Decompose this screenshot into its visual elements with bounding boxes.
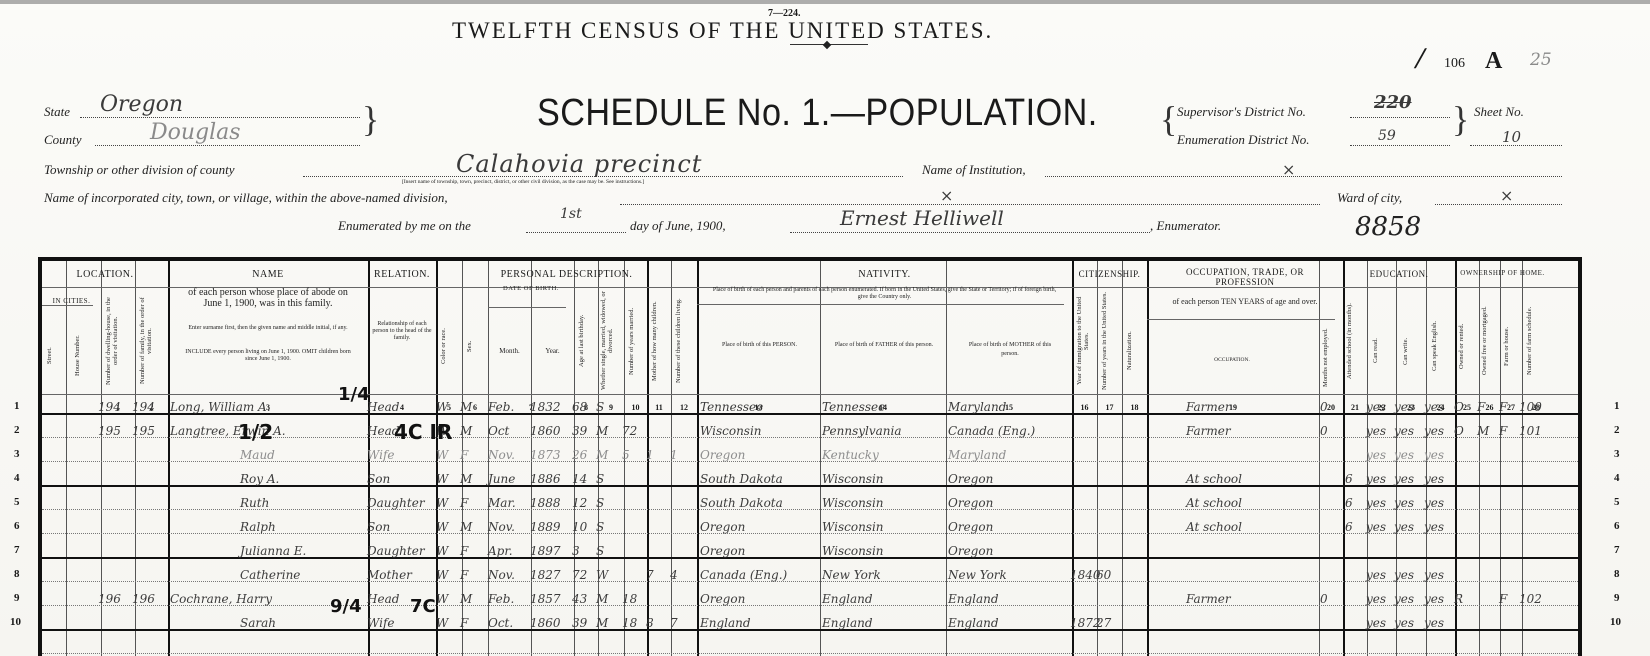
colnum: 16 xyxy=(1072,403,1097,412)
line-number-left: 6 xyxy=(14,520,20,532)
col-can-speak: Can speak English. xyxy=(1431,301,1449,391)
cell-family: 196 xyxy=(132,592,162,606)
cell-read: yes xyxy=(1366,592,1394,606)
cell-marital: S xyxy=(596,544,620,558)
cell-birth-father: Wisconsin xyxy=(822,472,946,486)
cell-write: yes xyxy=(1394,424,1424,438)
col-attended-school: Attended school (in months). xyxy=(1346,291,1364,391)
district-brace-right: } xyxy=(1452,98,1469,140)
city-line xyxy=(620,204,1320,205)
cell-write: yes xyxy=(1394,568,1424,582)
cell-year: 1832 xyxy=(530,400,572,414)
cell-occupation: At school xyxy=(1186,520,1326,534)
ward-value: × xyxy=(1500,186,1513,205)
cell-dwelling: 195 xyxy=(98,424,128,438)
cell-birth-mother: Oregon xyxy=(948,544,1072,558)
cell-read: yes xyxy=(1366,496,1394,510)
enumerator-line xyxy=(790,232,1150,233)
col-line xyxy=(697,261,699,656)
cell-write: yes xyxy=(1394,496,1424,510)
page-stamp-number: 106 xyxy=(1444,56,1465,72)
cell-years-married: 18 xyxy=(622,616,642,630)
city-value: × xyxy=(940,186,953,205)
cell-birth-father: England xyxy=(822,616,946,630)
cell-birth-person: Oregon xyxy=(700,520,820,534)
cell-relation: Daughter xyxy=(367,496,432,510)
col-can-write: Can write. xyxy=(1402,311,1420,391)
col-line xyxy=(820,261,821,656)
col-marital: Whether single, married, widowed, or div… xyxy=(600,291,622,391)
cell-age: 14 xyxy=(572,472,594,486)
cell-year: 1897 xyxy=(530,544,572,558)
cell-birth-father: Wisconsin xyxy=(822,520,946,534)
cell-relation: Mother xyxy=(367,568,432,582)
cell-read: yes xyxy=(1366,472,1394,486)
line-number-left: 10 xyxy=(10,616,21,628)
col-naturalization: Naturalization. xyxy=(1126,311,1144,391)
occupation-rule xyxy=(1147,319,1335,320)
colnum: 10 xyxy=(624,403,647,412)
enumeration-label: Enumeration District No. xyxy=(1177,132,1310,148)
nativity-rule xyxy=(697,304,1064,305)
line-number-left: 1 xyxy=(14,400,20,412)
cell-marital: M xyxy=(596,592,620,606)
col-line xyxy=(1147,261,1149,656)
ink-mark-row9: 9/4 xyxy=(330,596,362,617)
sheet-label: Sheet No. xyxy=(1474,104,1524,120)
cell-relation: Wife xyxy=(367,616,432,630)
cell-marital: S xyxy=(596,520,620,534)
cell-color: W xyxy=(436,592,458,606)
cell-years-married: 72 xyxy=(622,424,642,438)
enumerator-mark: 8858 xyxy=(1355,212,1421,242)
cell-speak: yes xyxy=(1424,424,1452,438)
cell-read: yes xyxy=(1366,520,1394,534)
line-number-right: 3 xyxy=(1614,448,1620,460)
cell-marital: M xyxy=(596,424,620,438)
enumerator-name: Ernest Helliwell xyxy=(840,206,1004,230)
cell-marital: S xyxy=(596,400,620,414)
cell-mother-of: 1 xyxy=(646,448,666,462)
cell-name: Maud xyxy=(170,448,360,462)
cell-marital: W xyxy=(596,568,620,582)
col-years-married: Number of years married. xyxy=(628,291,646,391)
cell-age: 26 xyxy=(572,448,594,462)
cell-month: Oct. xyxy=(488,616,530,630)
col-can-read: Can read. xyxy=(1372,311,1390,391)
cell-month: Nov. xyxy=(488,448,530,462)
cell-read: yes xyxy=(1366,424,1394,438)
cell-relation: Son xyxy=(367,472,432,486)
cell-sex: F xyxy=(460,568,482,582)
col-months-unemployed: Months not employed. xyxy=(1322,323,1340,393)
cell-color: W xyxy=(436,544,458,558)
cell-name: Julianna E. xyxy=(170,544,360,558)
line-number-right: 5 xyxy=(1614,496,1620,508)
nativity-description: Place of birth of each person and parent… xyxy=(707,287,1062,301)
line-number-right: 2 xyxy=(1614,424,1620,436)
col-family-number: Number of family, in the order of visita… xyxy=(139,291,165,391)
cell-read: yes xyxy=(1366,400,1394,414)
cell-schedule: 102 xyxy=(1519,592,1547,606)
cell-farm: F xyxy=(1499,424,1519,438)
cell-name: Ruth xyxy=(170,496,360,510)
line-number-left: 3 xyxy=(14,448,20,460)
cell-farm: F xyxy=(1499,592,1519,606)
col-line xyxy=(1122,261,1123,656)
cell-birth-mother: Oregon xyxy=(948,520,1072,534)
name-instruction-1: Enter surname first, then the given name… xyxy=(182,325,354,332)
group-location: LOCATION. xyxy=(42,269,168,280)
ink-mark-relation-row2: 4C IR xyxy=(394,420,452,444)
cell-unemployed: 0 xyxy=(1320,400,1340,414)
line-number-left: 8 xyxy=(14,568,20,580)
line-number-right: 10 xyxy=(1610,616,1621,628)
cell-years-us: 60 xyxy=(1096,568,1118,582)
col-farm-schedule: Number of farm schedule. xyxy=(1526,291,1548,391)
county-value: Douglas xyxy=(150,120,241,145)
state-line xyxy=(80,117,360,118)
group-relation: RELATION. xyxy=(368,269,436,280)
cell-age: 43 xyxy=(572,592,594,606)
line-number-left: 9 xyxy=(14,592,20,604)
cell-write: yes xyxy=(1394,400,1424,414)
cell-speak: yes xyxy=(1424,448,1452,462)
cell-year: 1888 xyxy=(530,496,572,510)
census-title: TWELFTH CENSUS OF THE UNITED STATES. xyxy=(452,18,993,44)
cell-age: 68 xyxy=(572,400,594,414)
cell-sex: F xyxy=(460,616,482,630)
cell-birth-father: Wisconsin xyxy=(822,544,946,558)
relation-description: Relationship of each person to the head … xyxy=(370,321,434,342)
supervisor-value: 220 xyxy=(1374,92,1412,113)
cell-name: Long, William A. xyxy=(170,400,360,414)
cell-birth-father: Tennessee xyxy=(822,400,946,414)
cell-dwelling: 194 xyxy=(98,400,128,414)
cell-marital: M xyxy=(596,448,620,462)
cell-birth-father: Kentucky xyxy=(822,448,946,462)
cell-sex: F xyxy=(460,544,482,558)
name-instruction-2: INCLUDE every person living on June 1, 1… xyxy=(182,349,354,363)
col-birth-person: Place of birth of this PERSON. xyxy=(712,341,807,350)
cell-speak: yes xyxy=(1424,568,1452,582)
group-education: EDUCATION. xyxy=(1343,269,1455,279)
col-immigration-year: Year of immigration to the United States… xyxy=(1076,291,1094,391)
cell-sex: M xyxy=(460,424,482,438)
header-rule xyxy=(42,394,1578,395)
enumerated-day: 1st xyxy=(560,206,582,222)
cell-occupation: Farmer xyxy=(1186,400,1326,414)
line-number-left: 4 xyxy=(14,472,20,484)
cell-birth-mother: England xyxy=(948,616,1072,630)
cell-birth-person: Canada (Eng.) xyxy=(700,568,820,582)
cell-write: yes xyxy=(1394,616,1424,630)
line-number-left: 5 xyxy=(14,496,20,508)
group-personal-description: PERSONAL DESCRIPTION. xyxy=(436,269,697,280)
cell-school: 6 xyxy=(1345,472,1365,486)
colnum: 18 xyxy=(1122,403,1147,412)
col-month: Month. xyxy=(488,347,531,356)
cell-read: yes xyxy=(1366,616,1394,630)
township-note: [Insert name of township, town, precinct… xyxy=(402,179,644,185)
colnum: 21 xyxy=(1343,403,1367,412)
cell-immig: 1840 xyxy=(1070,568,1096,582)
ink-mark-relation-row9: 7C xyxy=(410,596,436,617)
cell-birth-person: Oregon xyxy=(700,592,820,606)
cell-marital: M xyxy=(596,616,620,630)
cell-birth-father: Wisconsin xyxy=(822,496,946,510)
col-farm-house: Farm or house. xyxy=(1503,301,1521,391)
cell-month: Nov. xyxy=(488,520,530,534)
colnum: 12 xyxy=(671,403,697,412)
col-year: Year. xyxy=(531,347,574,356)
cell-write: yes xyxy=(1394,592,1424,606)
cell-write: yes xyxy=(1394,472,1424,486)
cell-relation: Daughter xyxy=(367,544,432,558)
cell-name: Sarah xyxy=(170,616,360,630)
county-line xyxy=(95,145,360,146)
group-ownership: OWNERSHIP OF HOME. xyxy=(1455,269,1550,277)
group-name: NAME xyxy=(168,269,368,280)
cell-birth-person: South Dakota xyxy=(700,496,820,510)
group-occupation: OCCUPATION, TRADE, OR PROFESSION xyxy=(1147,267,1343,287)
col-age: Age at last birthday. xyxy=(578,291,596,391)
cell-mother-of: 7 xyxy=(646,568,666,582)
cell-year: 1889 xyxy=(530,520,572,534)
cell-write: yes xyxy=(1394,520,1424,534)
page-stamp-letter: A xyxy=(1485,48,1502,75)
cell-birth-mother: Maryland xyxy=(948,400,1072,414)
line-number-left: 7 xyxy=(14,544,20,556)
enumerator-label: , Enumerator. xyxy=(1150,218,1221,234)
col-line xyxy=(1479,261,1480,656)
enumeration-line xyxy=(1350,145,1450,146)
dob-heading: DATE OF BIRTH. xyxy=(488,285,574,292)
line-number-right: 1 xyxy=(1614,400,1620,412)
census-page: 7—224. TWELFTH CENSUS OF THE UNITED STAT… xyxy=(0,0,1650,656)
cell-year: 1886 xyxy=(530,472,572,486)
cell-unemployed: 0 xyxy=(1320,592,1340,606)
cell-marital: S xyxy=(596,472,620,486)
cell-living: 1 xyxy=(670,448,690,462)
col-color: Color or race. xyxy=(440,301,458,391)
cell-sex: F xyxy=(460,448,482,462)
cell-living: 7 xyxy=(670,616,690,630)
cell-relation: Head xyxy=(367,400,432,414)
cell-year: 1857 xyxy=(530,592,572,606)
col-sex: Sex. xyxy=(466,301,484,391)
col-birth-father: Place of birth of FATHER of this person. xyxy=(834,341,934,350)
cell-immig: 1872 xyxy=(1070,616,1096,630)
line-number-right: 6 xyxy=(1614,520,1620,532)
township-label: Township or other division of county xyxy=(44,162,235,178)
col-years-in-us: Number of years in the United States. xyxy=(1101,291,1119,391)
cell-years-us: 27 xyxy=(1096,616,1118,630)
cell-birth-mother: Oregon xyxy=(948,496,1072,510)
cell-age: 3 xyxy=(572,544,594,558)
col-line xyxy=(1097,261,1098,656)
cell-month: June xyxy=(488,472,530,486)
supervisor-label: Supervisor's District No. xyxy=(1177,104,1306,120)
ward-label: Ward of city, xyxy=(1337,190,1402,206)
line-number-right: 7 xyxy=(1614,544,1620,556)
cell-year: 1860 xyxy=(530,616,572,630)
cell-read: yes xyxy=(1366,448,1394,462)
cell-speak: yes xyxy=(1424,496,1452,510)
cell-mother-of: 8 xyxy=(646,616,666,630)
state-label: State xyxy=(44,104,70,120)
group-nativity: NATIVITY. xyxy=(697,269,1072,280)
dob-rule xyxy=(488,307,566,308)
page-stamp-pencil: 25 xyxy=(1530,50,1552,70)
cell-birth-mother: Canada (Eng.) xyxy=(948,424,1072,438)
row-rule xyxy=(42,653,1578,654)
cell-color: W xyxy=(436,496,458,510)
col-owned-rented: Owned or rented. xyxy=(1458,301,1476,391)
col-occupation: OCCUPATION. xyxy=(1152,356,1312,365)
district-brace-left: { xyxy=(1160,98,1177,140)
cell-name: Ralph xyxy=(170,520,360,534)
cell-birth-person: Wisconsin xyxy=(700,424,820,438)
cell-sex: F xyxy=(460,496,482,510)
cell-age: 72 xyxy=(572,568,594,582)
county-label: County xyxy=(44,132,82,148)
cell-occupation: Farmer xyxy=(1186,592,1326,606)
col-line xyxy=(1072,261,1074,656)
cell-school: 6 xyxy=(1345,520,1365,534)
cell-birth-person: South Dakota xyxy=(700,472,820,486)
col-line xyxy=(946,261,947,656)
col-street: Street. xyxy=(46,321,62,391)
cell-sex: M xyxy=(460,520,482,534)
cell-age: 10 xyxy=(572,520,594,534)
page-stamp-slash: / xyxy=(1412,42,1428,76)
enumerated-mid: day of June, 1900, xyxy=(630,218,726,234)
cell-relation: Wife xyxy=(367,448,432,462)
schedule-title: SCHEDULE No. 1.—POPULATION. xyxy=(537,92,1098,135)
cell-birth-mother: England xyxy=(948,592,1072,606)
cell-years-married: 18 xyxy=(622,592,642,606)
state-county-brace: } xyxy=(362,98,379,140)
line-number-left: 2 xyxy=(14,424,20,436)
cell-month: Nov. xyxy=(488,568,530,582)
cell-schedule: 100 xyxy=(1519,400,1547,414)
cell-age: 39 xyxy=(572,616,594,630)
cell-birth-mother: New York xyxy=(948,568,1072,582)
cell-age: 39 xyxy=(572,424,594,438)
supervisor-line xyxy=(1350,117,1450,118)
sheet-value: 10 xyxy=(1502,128,1521,146)
cell-occupation: At school xyxy=(1186,496,1326,510)
cell-birth-father: Pennsylvania xyxy=(822,424,946,438)
cell-farm: F xyxy=(1499,400,1519,414)
col-mother-of: Mother of how many children. xyxy=(651,291,669,391)
col-birth-mother: Place of birth of MOTHER of this person. xyxy=(960,341,1060,359)
cell-dwelling: 196 xyxy=(98,592,128,606)
cell-color: W xyxy=(436,400,458,414)
institution-line xyxy=(1045,176,1562,177)
institution-value: × xyxy=(1282,160,1295,179)
city-label: Name of incorporated city, town, or vill… xyxy=(44,190,448,206)
state-value: Oregon xyxy=(100,92,183,117)
enumeration-value: 59 xyxy=(1378,128,1396,144)
enumerated-prefix: Enumerated by me on the xyxy=(338,218,471,234)
cell-read: yes xyxy=(1366,568,1394,582)
cell-birth-person: England xyxy=(700,616,820,630)
cell-color: W xyxy=(436,520,458,534)
cell-month: Apr. xyxy=(488,544,530,558)
ink-mark-row2: 1/2 xyxy=(238,420,273,444)
cell-color: W xyxy=(436,472,458,486)
col-dwelling-number: Number of dwelling-house, in the order o… xyxy=(105,291,131,391)
ward-line xyxy=(1435,204,1562,205)
cell-relation: Son xyxy=(367,520,432,534)
cell-month: Mar. xyxy=(488,496,530,510)
cell-occupation: At school xyxy=(1186,472,1326,486)
cell-year: 1873 xyxy=(530,448,572,462)
scan-edge xyxy=(0,0,1650,4)
line-number-right: 8 xyxy=(1614,568,1620,580)
cell-living: 4 xyxy=(670,568,690,582)
cell-color: W xyxy=(436,568,458,582)
colnum: 11 xyxy=(647,403,671,412)
title-ornament xyxy=(790,44,868,45)
cell-write: yes xyxy=(1394,448,1424,462)
cell-year: 1827 xyxy=(530,568,572,582)
line-number-right: 9 xyxy=(1614,592,1620,604)
cell-name: Catherine xyxy=(170,568,360,582)
cell-family: 195 xyxy=(132,424,162,438)
col-line xyxy=(1343,261,1345,656)
cell-owned: R xyxy=(1454,592,1474,606)
colnum: 17 xyxy=(1097,403,1122,412)
cell-color: W xyxy=(436,448,458,462)
cell-marital: S xyxy=(596,496,620,510)
cell-speak: yes xyxy=(1424,400,1452,414)
cell-birth-mother: Maryland xyxy=(948,448,1072,462)
cell-sex: M xyxy=(460,472,482,486)
cell-years-married: 5 xyxy=(622,448,642,462)
cell-birth-person: Oregon xyxy=(700,448,820,462)
cell-occupation: Farmer xyxy=(1186,424,1326,438)
cell-unemployed: 0 xyxy=(1320,424,1340,438)
name-description: of each person whose place of abode on J… xyxy=(182,287,354,309)
cell-birth-person: Oregon xyxy=(700,544,820,558)
cell-name: Roy A. xyxy=(170,472,360,486)
col-free-mortgaged: Owned free or mortgaged. xyxy=(1481,291,1499,391)
cell-month: Feb. xyxy=(488,592,530,606)
cell-age: 12 xyxy=(572,496,594,510)
township-value: Calahovia precinct xyxy=(456,150,702,178)
col-house-number: House Number. xyxy=(74,321,94,391)
cell-month: Oct xyxy=(488,424,530,438)
cell-birth-father: New York xyxy=(822,568,946,582)
ink-mark-row1: 1/4 xyxy=(338,384,370,405)
cell-family: 194 xyxy=(132,400,162,414)
cell-speak: yes xyxy=(1424,472,1452,486)
cell-birth-mother: Oregon xyxy=(948,472,1072,486)
cell-speak: yes xyxy=(1424,592,1452,606)
cell-birth-person: Tennessee xyxy=(700,400,820,414)
cell-year: 1860 xyxy=(530,424,572,438)
in-cities-rule xyxy=(42,305,93,306)
cell-sex: M xyxy=(460,592,482,606)
cell-free: M xyxy=(1477,424,1497,438)
cell-color: W xyxy=(436,616,458,630)
cell-month: Feb. xyxy=(488,400,530,414)
cell-speak: yes xyxy=(1424,616,1452,630)
col-children-living: Number of these children living. xyxy=(675,291,693,391)
